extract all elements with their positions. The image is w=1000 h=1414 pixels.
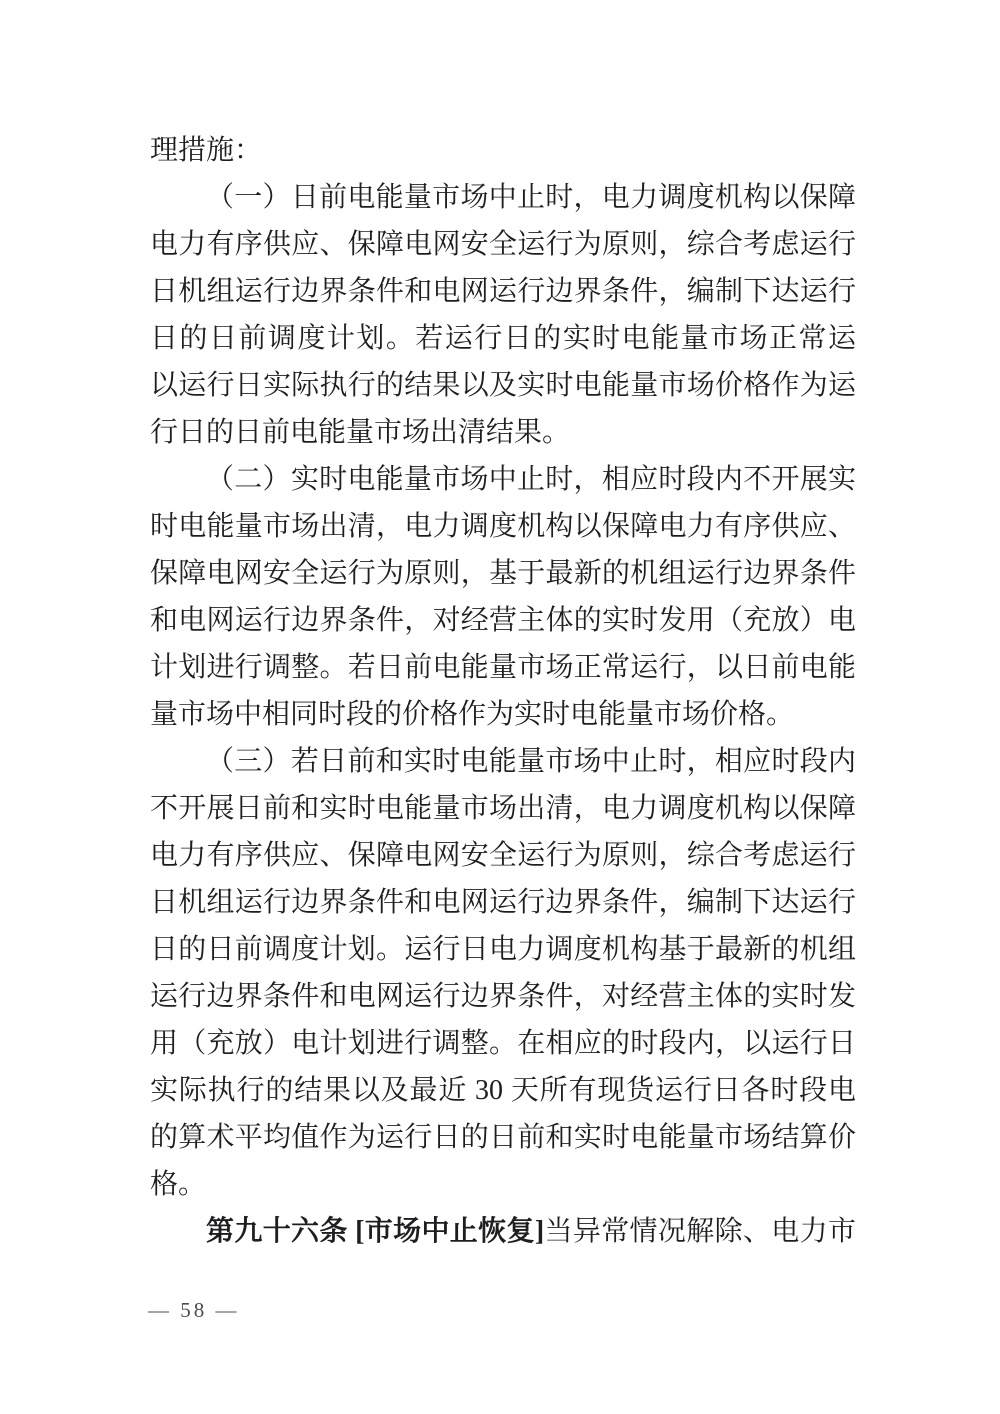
text-line: 用（充放）电计划进行调整。在相应的时段内，以运行日 bbox=[150, 1020, 856, 1067]
text-line: 理措施： bbox=[150, 127, 856, 174]
text-line: 保障电网安全运行为原则，基于最新的机组运行边界条件 bbox=[150, 550, 856, 597]
text-line: 日的日前调度计划。运行日电力调度机构基于最新的机组 bbox=[150, 926, 856, 973]
text-line: 运行边界条件和电网运行边界条件，对经营主体的实时发 bbox=[150, 973, 856, 1020]
text-line: 和电网运行边界条件，对经营主体的实时发用（充放）电 bbox=[150, 597, 856, 644]
document-page: 理措施： （一）日前电能量市场中止时，电力调度机构以保障 电力有序供应、保障电网… bbox=[0, 0, 1000, 1414]
text-line: （二）实时电能量市场中止时，相应时段内不开展实 bbox=[150, 456, 856, 503]
text-line: 的算术平均值作为运行日的日前和实时电能量市场结算价 bbox=[150, 1114, 856, 1161]
text-line: 量市场中相同时段的价格作为实时电能量市场价格。 bbox=[150, 691, 856, 738]
text-line: 日机组运行边界条件和电网运行边界条件，编制下达运行 bbox=[150, 268, 856, 315]
text-line: 格。 bbox=[150, 1161, 856, 1208]
text-line: 时电能量市场出清，电力调度机构以保障电力有序供应、 bbox=[150, 503, 856, 550]
article-text: 当异常情况解除、电力市 bbox=[544, 1216, 856, 1247]
text-line: （一）日前电能量市场中止时，电力调度机构以保障 bbox=[150, 174, 856, 221]
text-line: 以运行日实际执行的结果以及实时电能量市场价格作为运 bbox=[150, 362, 856, 409]
article-number-label: 第九十六条 [市场中止恢复] bbox=[206, 1216, 544, 1247]
text-line: （三）若日前和实时电能量市场中止时，相应时段内 bbox=[150, 738, 856, 785]
page-number: — 58 — bbox=[148, 1298, 240, 1323]
text-line: 实际执行的结果以及最近 30 天所有现货运行日各时段电价 bbox=[150, 1067, 856, 1114]
text-line: 计划进行调整。若日前电能量市场正常运行，以日前电能 bbox=[150, 644, 856, 691]
text-line: 日的日前调度计划。若运行日的实时电能量市场正常运行， bbox=[150, 315, 856, 362]
article-heading-line: 第九十六条 [市场中止恢复]当异常情况解除、电力市 bbox=[150, 1208, 856, 1255]
text-line: 电力有序供应、保障电网安全运行为原则，综合考虑运行 bbox=[150, 221, 856, 268]
text-line: 不开展日前和实时电能量市场出清，电力调度机构以保障 bbox=[150, 785, 856, 832]
document-body: 理措施： （一）日前电能量市场中止时，电力调度机构以保障 电力有序供应、保障电网… bbox=[150, 127, 856, 1255]
text-line: 行日的日前电能量市场出清结果。 bbox=[150, 409, 856, 456]
text-line: 日机组运行边界条件和电网运行边界条件，编制下达运行 bbox=[150, 879, 856, 926]
text-line: 电力有序供应、保障电网安全运行为原则，综合考虑运行 bbox=[150, 832, 856, 879]
